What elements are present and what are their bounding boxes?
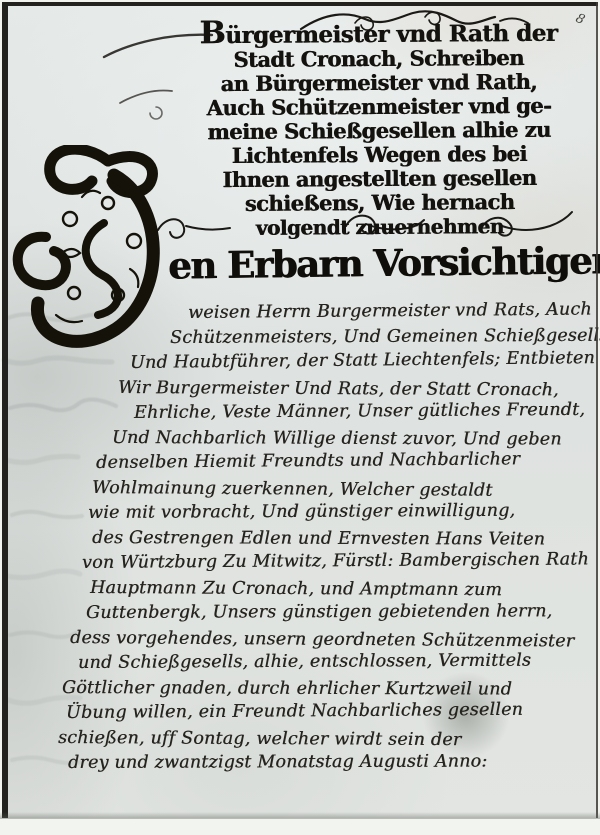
header-line: Bürgermeister vnd Rath der — [177, 19, 579, 49]
body-line: von Würtzburg Zu Mitwitz, Fürstl: Bamber… — [82, 547, 590, 576]
body-line: drey und zwantzigst Monatstag Augusti An… — [68, 749, 590, 776]
header-line: Ihnen angestellten gesellen — [178, 166, 580, 193]
header-block: Bürgermeister vnd Rath der Stadt Cronach… — [177, 19, 581, 241]
body-line: Guttenbergk, Unsers günstigen gebietende… — [86, 599, 590, 626]
body-line: Ehrliche, Veste Männer, Unser gütliches … — [134, 398, 590, 426]
body-line: weisen Herrn Burgermeister vnd Rats, Auc… — [188, 297, 590, 326]
body-line: denselben Hiemit Freundts und Nachbarlic… — [96, 447, 590, 476]
photo-edge-left — [2, 2, 8, 819]
header-line: volgendt zuuernehmen — [179, 214, 581, 241]
body-text: weisen Herrn Burgermeister vnd Rats, Auc… — [38, 301, 590, 776]
body-line: und Schießgesells, alhie, entschlossen, … — [78, 648, 590, 676]
photo-edge-top — [2, 2, 598, 6]
body-line: Und Haubtführer, der Statt Liechtenfels;… — [130, 346, 590, 376]
body-line: Übung willen, ein Freundt Nachbarliches … — [66, 697, 590, 726]
photo-edge-bottom — [0, 818, 600, 835]
manuscript-photo: 8 Bürgermeister vnd Rath der Stadt Crona… — [0, 0, 600, 835]
salutation-display-line: en Erbarn Vorsichtigen vnnd — [168, 240, 596, 285]
header-line: schießens, Wie hernach — [178, 190, 580, 217]
photo-edge-right — [596, 2, 598, 819]
body-line: wie mit vorbracht, Und günstiger einwill… — [88, 498, 590, 526]
